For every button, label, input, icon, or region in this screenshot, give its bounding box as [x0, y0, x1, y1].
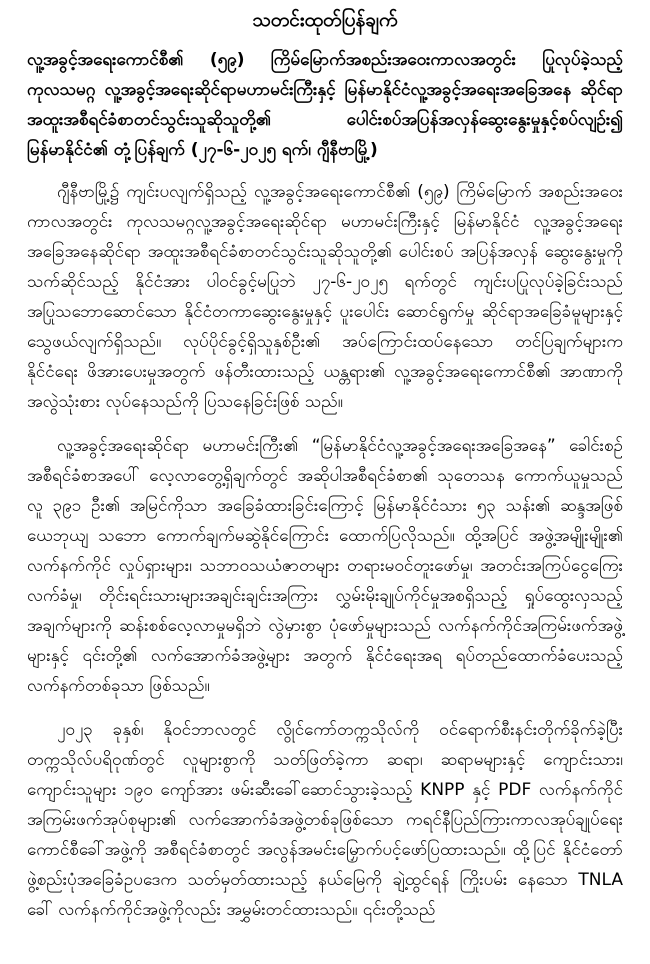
- body-paragraph-3: ၂၀၂၃ ခုနှစ်၊ နိုဝင်ဘာလတွင် လွိုင်ကော်တက္…: [27, 715, 623, 925]
- body-paragraph-2: လူ့အခွင့်အရေးဆိုင်ရာ မဟာမင်းကြီး၏ “မြန်မ…: [27, 431, 623, 701]
- document-title: သတင်းထုတ်ပြန်ချက်: [27, 5, 623, 35]
- body-paragraph-1: ဂျီနီဗာမြို့၌ ကျင်းပလျက်ရှိသည့် လူ့အခွင့…: [27, 177, 623, 417]
- press-release-page: သတင်းထုတ်ပြန်ချက် လူ့အခွင့်အရေးကောင်စီ၏ …: [0, 0, 650, 964]
- lead-paragraph: လူ့အခွင့်အရေးကောင်စီ၏ (၅၉) ကြိမ်မြောက်အစ…: [27, 45, 623, 165]
